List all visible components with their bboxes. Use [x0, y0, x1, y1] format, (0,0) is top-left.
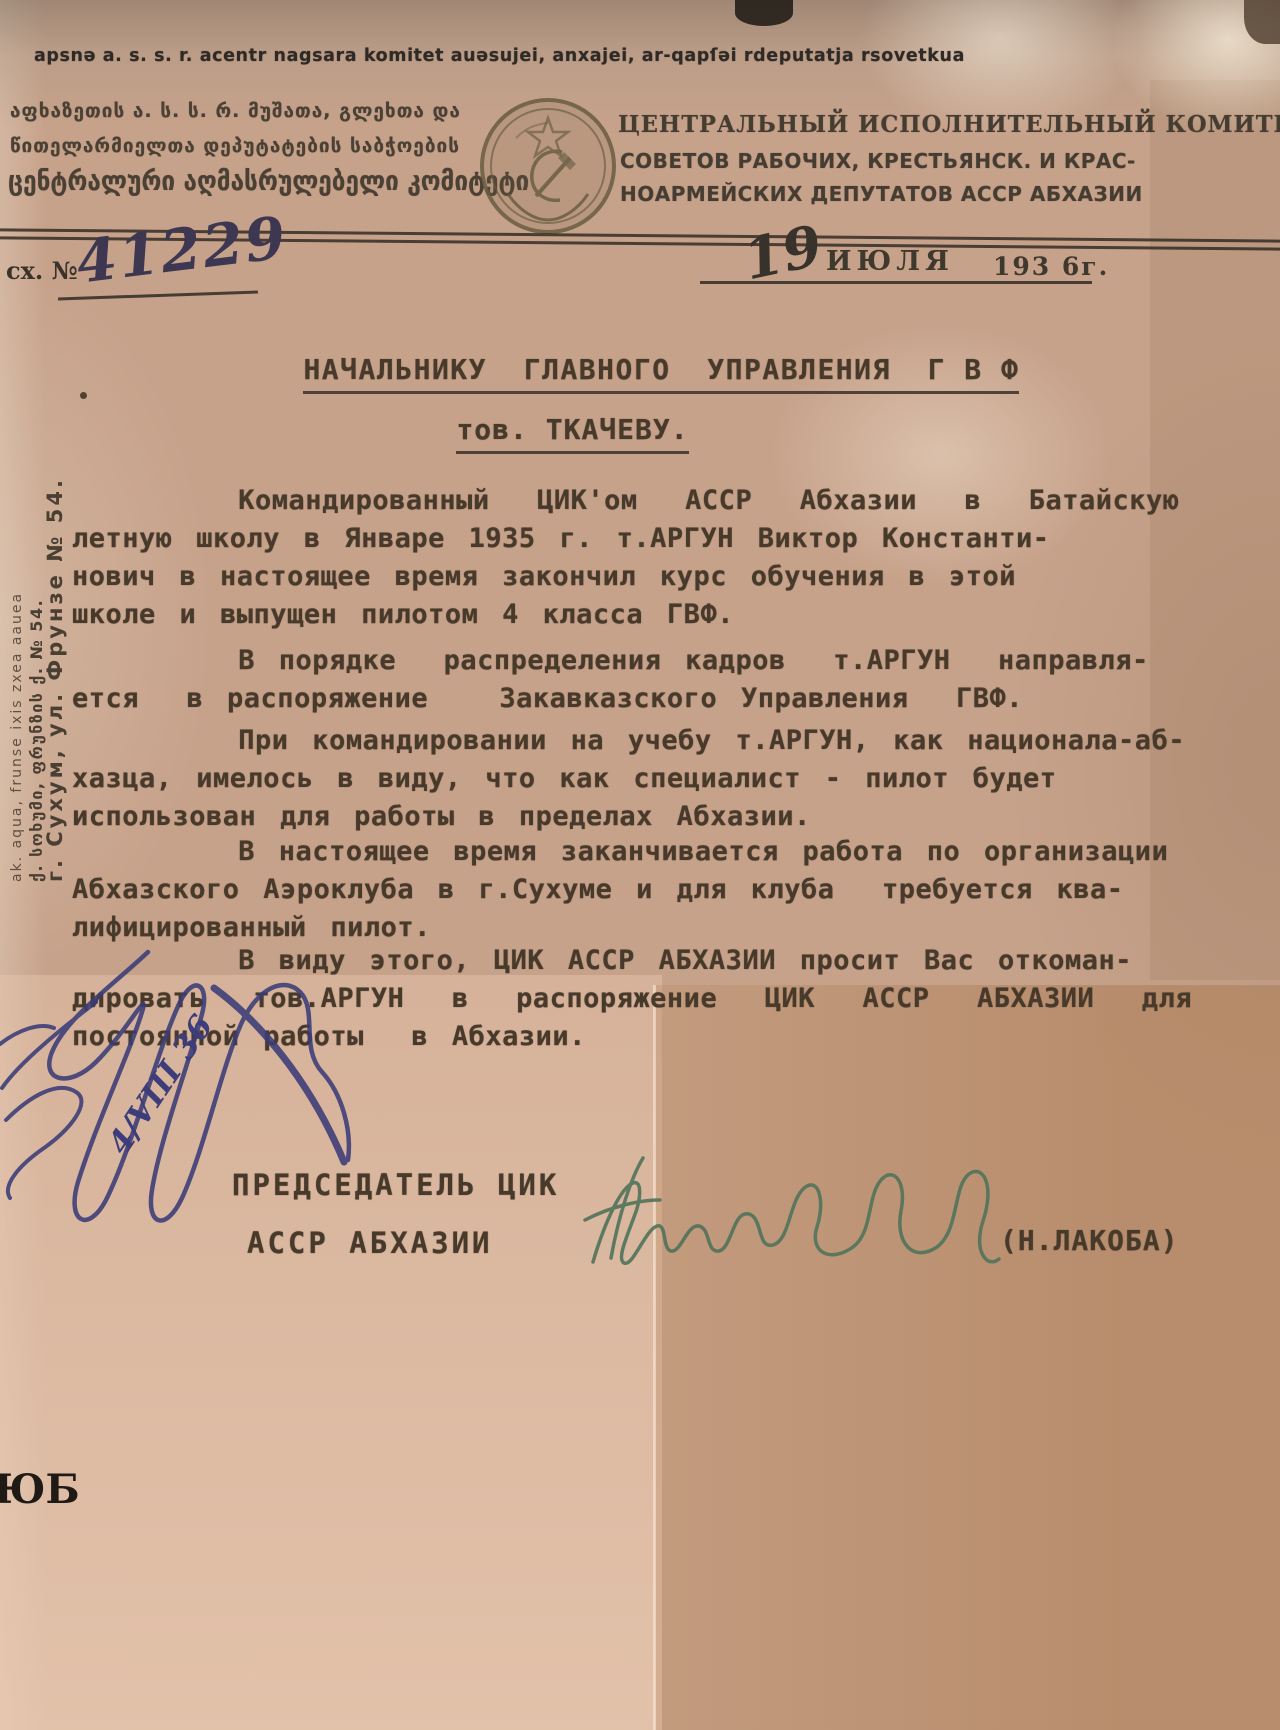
- date-year: 193 6г.: [993, 252, 1109, 281]
- signer-name: (Н.ЛАКОБА): [1000, 1224, 1179, 1257]
- margin-address-abkhaz: ak. aqua, frunse ixis zxea aauea: [8, 267, 27, 882]
- paper-stain-bottom-left: [0, 975, 662, 1730]
- margin-dot-mark: [80, 392, 87, 399]
- paragraph-2-line1: В порядке распределения кадров т.АРГУН н…: [72, 642, 1212, 680]
- paragraph-2: В порядке распределения кадров т.АРГУН н…: [72, 642, 1212, 718]
- ink-blot-top-edge: [735, 0, 793, 26]
- date-month: ИЮЛЯ: [826, 246, 954, 277]
- fold-crease-line: [653, 985, 656, 1730]
- photo-corner-dark: [1244, 0, 1280, 44]
- signer-title-line1: ПРЕДСЕДАТЕЛЬ ЦИК: [232, 1168, 559, 1202]
- paragraph-3: При командировании на учебу т.АРГУН, как…: [72, 722, 1212, 836]
- paragraph-1-line2: летную школу в Январе 1935 г. т.АРГУН Ви…: [72, 520, 1212, 558]
- paragraph-2-line2: ется в распоряжение Закавказского Управл…: [72, 680, 1212, 718]
- paragraph-4-line2: Абхазского Аэроклуба в г.Сухуме и для кл…: [72, 871, 1212, 909]
- letterhead-russian-line2: СОВЕТОВ РАБОЧИХ, КРЕСТЬЯНСК. И КРАС-: [620, 149, 1136, 173]
- paragraph-5: В виду этого, ЦИК АССР АБХАЗИИ просит Ва…: [72, 942, 1212, 1056]
- paragraph-1: Командированный ЦИК'ом АССР Абхазии в Ба…: [72, 482, 1212, 634]
- letterhead-georgian-line1: აფხაზეთის ა. ს. ს. რ. მუშათა, გლეხთა და: [10, 100, 461, 122]
- letterhead-russian-line1: ЦЕНТРАЛЬНЫЙ ИСПОЛНИТЕЛЬНЫЙ КОМИТЕТ: [618, 110, 1280, 138]
- paragraph-3-line2: хазца, имелось в виду, что как специалис…: [72, 760, 1212, 798]
- addressee-line2-text: тов. ТКАЧЕВУ.: [456, 413, 688, 454]
- scanned-letter-page: apsnə a. s. s. r. acentr nagsara komitet…: [0, 0, 1280, 1730]
- paper-stain-bottom-right: [655, 985, 1280, 1730]
- addressee-line2: тов. ТКАЧЕВУ.: [385, 380, 689, 487]
- outgoing-number-handwritten: 41229: [73, 203, 292, 296]
- margin-address-russian: г. Сухум, ул. Фрунзе № 54.: [46, 267, 65, 882]
- letterhead-georgian-line2: წითელარმიელთა დეპუტატების საბჭოების: [10, 135, 460, 157]
- signer-title-line2: АССР АБХАЗИИ: [247, 1226, 493, 1260]
- paragraph-4: В настоящее время заканчивается работа п…: [72, 833, 1212, 947]
- letterhead-georgian-line3: ცენტრალური აღმასრულებელი კომიტეტი: [8, 166, 529, 197]
- letterhead-russian-line3: НОАРМЕЙСКИХ ДЕПУТАТОВ АССР АБХАЗИИ: [620, 182, 1143, 206]
- paragraph-3-line3: использован для работы в пределах Абхази…: [72, 798, 1212, 836]
- paragraph-1-line1: Командированный ЦИК'ом АССР Абхазии в Ба…: [72, 482, 1212, 520]
- paragraph-4-line1: В настоящее время заканчивается работа п…: [72, 833, 1212, 871]
- paragraph-1-line3: нович в настоящее время закончил курс об…: [72, 558, 1212, 596]
- paragraph-3-line1: При командировании на учебу т.АРГУН, как…: [72, 722, 1212, 760]
- paragraph-5-line1: В виду этого, ЦИК АССР АБХАЗИИ просит Ва…: [72, 942, 1212, 980]
- paragraph-1-line4: школе и выпущен пилотом 4 класса ГВФ.: [72, 596, 1212, 634]
- corner-mark: ЮБ: [0, 1466, 80, 1513]
- margin-address-vertical: ak. aqua, frunse ixis zxea aauea ქ. სოხუ…: [8, 267, 65, 882]
- paragraph-5-line2: дировать тов.АРГУН в распоряжение ЦИК АС…: [72, 980, 1212, 1018]
- letterhead-abkhaz-line: apsnə a. s. s. r. acentr nagsara komitet…: [34, 46, 965, 66]
- paragraph-5-line3: постоянной работы в Абхазии.: [72, 1018, 1212, 1056]
